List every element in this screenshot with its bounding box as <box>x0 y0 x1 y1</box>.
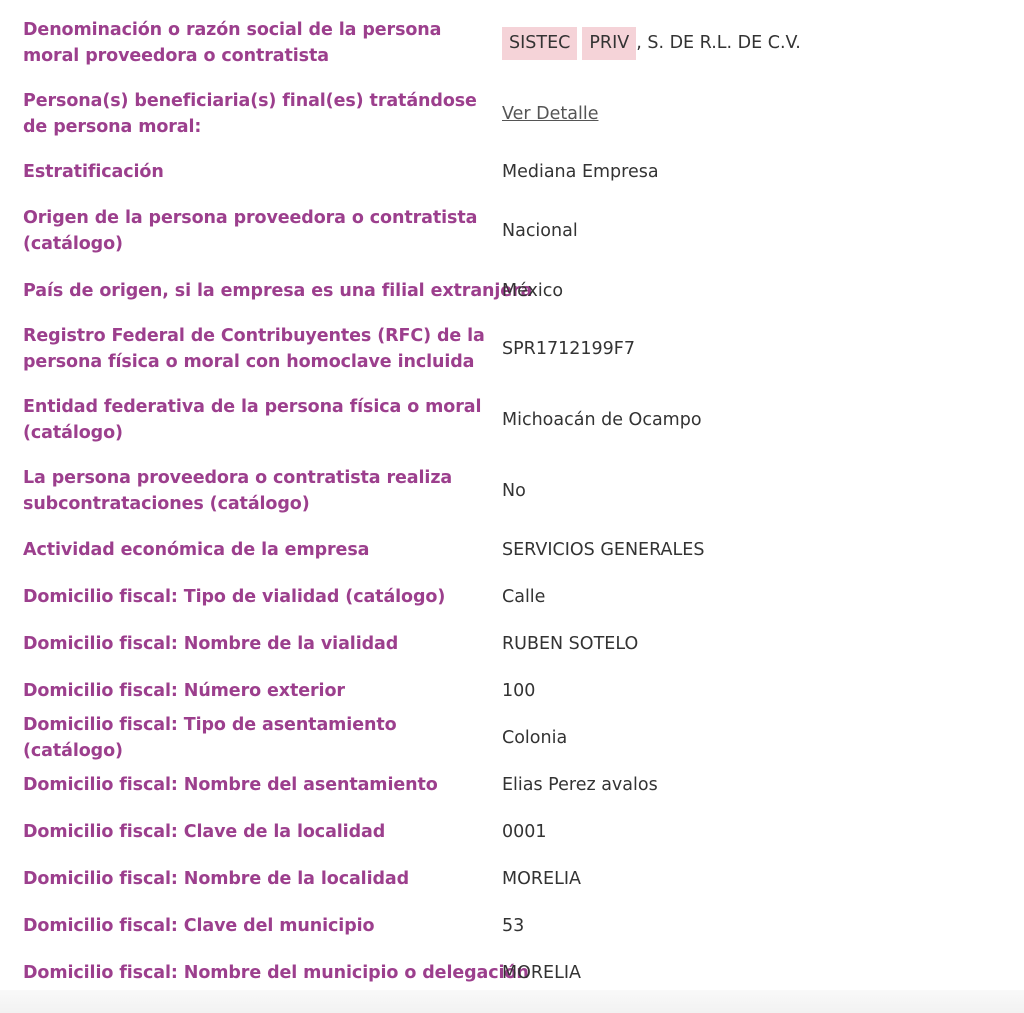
field-label: País de origen, si la empresa es una fil… <box>23 278 503 304</box>
field-row-razon-social: Denominación o razón social de la person… <box>0 17 1024 69</box>
field-row-rfc: Registro Federal de Contribuyentes (RFC)… <box>0 323 1024 375</box>
field-row-subcontrataciones: La persona proveedora o contratista real… <box>0 465 1024 517</box>
highlighted-term: SISTEC <box>502 27 577 60</box>
field-row-nombre-municipio: Domicilio fiscal: Nombre del municipio o… <box>0 960 1024 986</box>
field-value: Elias Perez avalos <box>502 772 658 798</box>
field-value: Michoacán de Ocampo <box>502 407 702 433</box>
field-row-entidad: Entidad federativa de la persona física … <box>0 394 1024 446</box>
highlighted-term: PRIV <box>582 27 636 60</box>
field-value: MORELIA <box>502 866 581 892</box>
field-label: Persona(s) beneficiaria(s) final(es) tra… <box>23 88 493 140</box>
ver-detalle-link[interactable]: Ver Detalle <box>502 101 598 127</box>
field-label: Domicilio fiscal: Nombre de la vialidad <box>23 631 493 657</box>
field-label: Domicilio fiscal: Nombre del municipio o… <box>23 960 503 986</box>
field-label: Domicilio fiscal: Nombre del asentamient… <box>23 772 493 798</box>
field-row-estratificacion: Estratificación Mediana Empresa <box>0 159 1024 185</box>
field-row-beneficiarios: Persona(s) beneficiaria(s) final(es) tra… <box>0 88 1024 140</box>
field-value: No <box>502 478 526 504</box>
field-value: 100 <box>502 678 535 704</box>
field-value: 0001 <box>502 819 547 845</box>
field-value: Calle <box>502 584 545 610</box>
field-value: Mediana Empresa <box>502 159 659 185</box>
field-row-tipo-vialidad: Domicilio fiscal: Tipo de vialidad (catá… <box>0 584 1024 610</box>
field-label: Origen de la persona proveedora o contra… <box>23 205 493 257</box>
field-row-numero-exterior: Domicilio fiscal: Número exterior 100 <box>0 678 1024 704</box>
field-label: Domicilio fiscal: Número exterior <box>23 678 493 704</box>
field-row-actividad: Actividad económica de la empresa SERVIC… <box>0 537 1024 563</box>
field-value: SISTECPRIV, S. DE R.L. DE C.V. <box>502 27 801 60</box>
field-row-clave-municipio: Domicilio fiscal: Clave del municipio 53 <box>0 913 1024 939</box>
field-label: Entidad federativa de la persona física … <box>23 394 493 446</box>
field-value: RUBEN SOTELO <box>502 631 638 657</box>
field-value: Colonia <box>502 725 567 751</box>
field-row-nombre-asentamiento: Domicilio fiscal: Nombre del asentamient… <box>0 772 1024 798</box>
field-label: Actividad económica de la empresa <box>23 537 493 563</box>
field-value: Nacional <box>502 218 578 244</box>
bottom-fade-overlay <box>0 990 1024 1013</box>
field-value: SPR1712199F7 <box>502 336 635 362</box>
field-label: Domicilio fiscal: Clave del municipio <box>23 913 493 939</box>
field-row-nombre-vialidad: Domicilio fiscal: Nombre de la vialidad … <box>0 631 1024 657</box>
field-value: SERVICIOS GENERALES <box>502 537 704 563</box>
field-label: Domicilio fiscal: Clave de la localidad <box>23 819 493 845</box>
field-row-origen: Origen de la persona proveedora o contra… <box>0 205 1024 257</box>
field-row-pais: País de origen, si la empresa es una fil… <box>0 278 1024 304</box>
field-label: Estratificación <box>23 159 493 185</box>
field-label: Domicilio fiscal: Nombre de la localidad <box>23 866 493 892</box>
field-label: Registro Federal de Contribuyentes (RFC)… <box>23 323 493 375</box>
field-label: Domicilio fiscal: Tipo de asentamiento (… <box>23 712 493 764</box>
field-row-nombre-localidad: Domicilio fiscal: Nombre de la localidad… <box>0 866 1024 892</box>
field-label: Denominación o razón social de la person… <box>23 17 493 69</box>
field-value: 53 <box>502 913 524 939</box>
field-row-tipo-asentamiento: Domicilio fiscal: Tipo de asentamiento (… <box>0 725 1024 751</box>
field-label: La persona proveedora o contratista real… <box>23 465 493 517</box>
field-value: México <box>502 278 563 304</box>
field-row-clave-localidad: Domicilio fiscal: Clave de la localidad … <box>0 819 1024 845</box>
field-value-suffix: , S. DE R.L. DE C.V. <box>636 33 801 53</box>
field-label: Domicilio fiscal: Tipo de vialidad (catá… <box>23 584 493 610</box>
field-value: MORELIA <box>502 960 581 986</box>
